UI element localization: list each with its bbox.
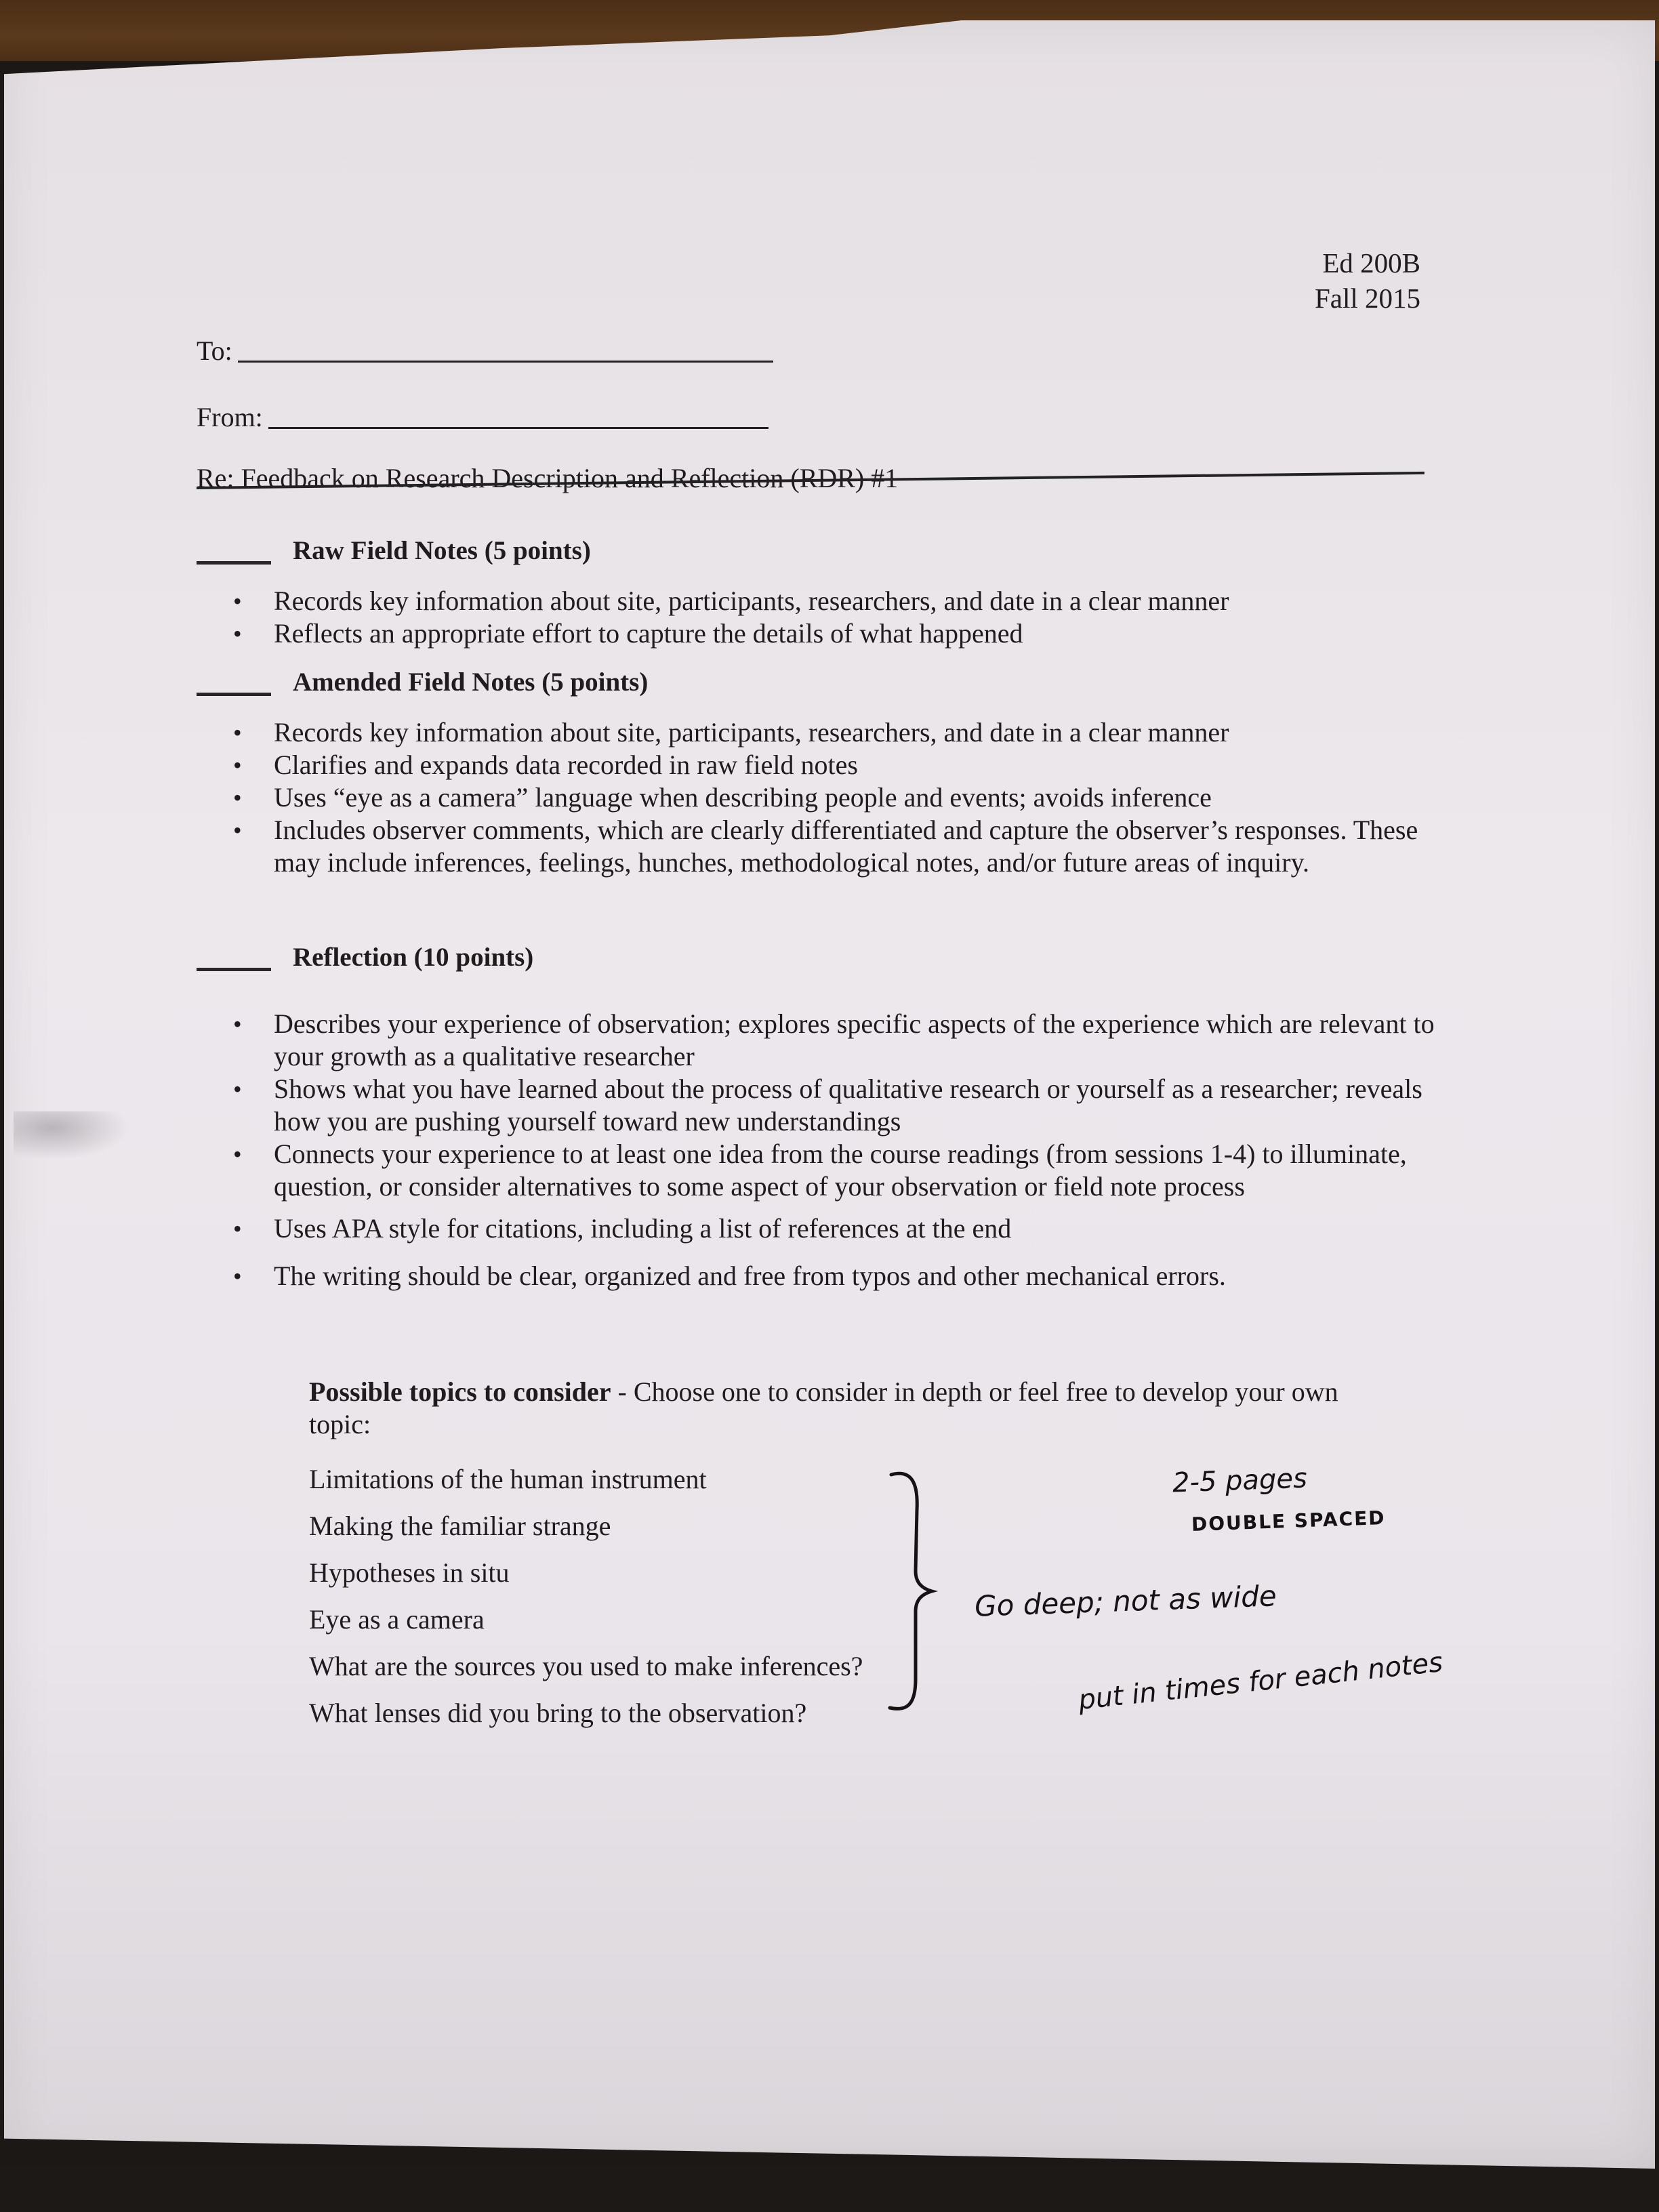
handwritten-brace-icon (884, 1469, 939, 1715)
score-blank-amended[interactable] (197, 693, 271, 696)
section-raw-field-notes: Raw Field Notes (5 points) Records key i… (197, 535, 1443, 650)
page-smudge (14, 1111, 142, 1166)
criterion-item: Includes observer comments, which are cl… (229, 814, 1443, 879)
criterion-item: Shows what you have learned about the pr… (229, 1073, 1443, 1138)
criterion-item: Connects your experience to at least one… (229, 1138, 1443, 1203)
section-amended-field-notes: Amended Field Notes (5 points) Records k… (197, 667, 1443, 879)
criterion-item: Describes your experience of observation… (229, 1008, 1443, 1073)
course-term: Fall 2015 (1315, 281, 1420, 316)
from-label: From: (197, 401, 263, 433)
background-shadow (0, 2165, 1659, 2212)
criteria-list: Records key information about site, part… (197, 716, 1443, 879)
topics-heading: Possible topics to consider (309, 1376, 611, 1407)
score-blank-reflection[interactable] (197, 968, 271, 971)
course-header: Ed 200B Fall 2015 (1315, 245, 1420, 316)
criterion-item: Uses “eye as a camera” language when des… (229, 781, 1443, 814)
to-label: To: (197, 335, 232, 367)
to-field: To: (197, 335, 773, 367)
section-title: Reflection (10 points) (293, 942, 533, 972)
handwritten-note-pages: 2-5 pages (1172, 1463, 1307, 1499)
criteria-list: Describes your experience of observation… (197, 1008, 1443, 1292)
criterion-item: The writing should be clear, organized a… (229, 1260, 1443, 1292)
subject-line: Re: Feedback on Research Description and… (197, 462, 898, 494)
section-title: Amended Field Notes (5 points) (293, 667, 648, 697)
criteria-list: Records key information about site, part… (197, 585, 1443, 650)
criterion-item: Records key information about site, part… (229, 585, 1443, 617)
criterion-item: Clarifies and expands data recorded in r… (229, 749, 1443, 781)
topics-intro: Possible topics to consider - Choose one… (309, 1376, 1393, 1441)
score-blank-raw[interactable] (197, 561, 271, 565)
to-blank[interactable] (238, 361, 773, 363)
criterion-item: Uses APA style for citations, including … (229, 1212, 1443, 1245)
from-blank[interactable] (268, 427, 769, 429)
section-title: Raw Field Notes (5 points) (293, 535, 591, 566)
course-code: Ed 200B (1315, 245, 1420, 281)
from-field: From: (197, 401, 769, 433)
criterion-item: Records key information about site, part… (229, 716, 1443, 749)
section-reflection: Reflection (10 points) Describes your ex… (197, 942, 1443, 1292)
criterion-item: Reflects an appropriate effort to captur… (229, 617, 1443, 650)
